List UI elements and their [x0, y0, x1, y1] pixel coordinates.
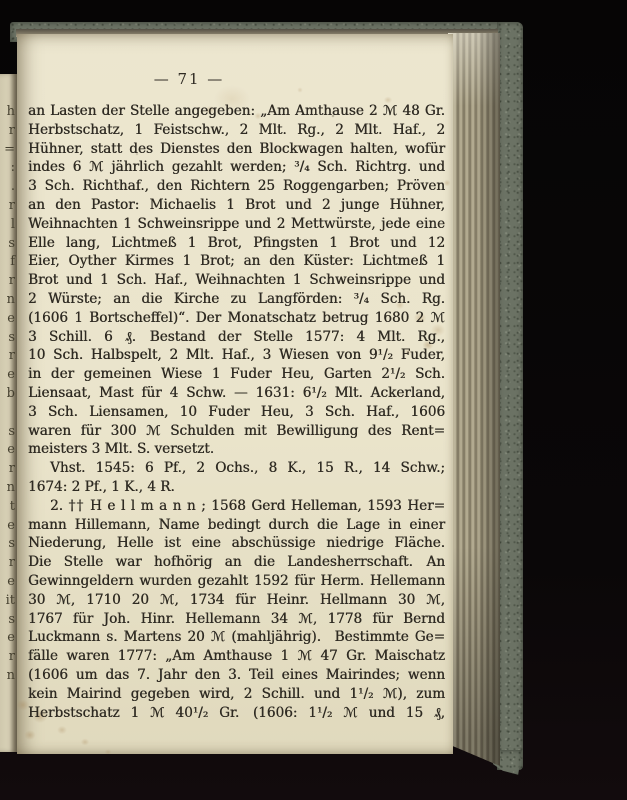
text-line: 3 Sch. Liensamen, 10 Fuder Heu, 3 Sch. H… — [28, 403, 445, 422]
text-line: fälle waren 1777: „Am Amthause 1 ℳ 47 Gr… — [28, 647, 445, 666]
sliver-fragment: : — [0, 159, 15, 178]
text-line: waren für 300 ℳ Schulden mit Bewilligung… — [28, 422, 445, 441]
sliver-fragment: . — [0, 178, 15, 197]
text-line: (1606 1 Bortscheffel)“. Der Monatschatz … — [28, 309, 445, 328]
text-line: Weihnachten 1 Schweinsrippe und 2 Mettwü… — [28, 215, 445, 234]
sliver-fragment: n — [0, 479, 15, 498]
sliver-fragment: e — [0, 310, 15, 329]
page-number: — 71 — — [17, 70, 453, 88]
sliver-fragment: r — [0, 648, 15, 667]
text-line: an Lasten der Stelle angegeben: „Am Amth… — [28, 102, 445, 121]
text-line: kein Mairind gegeben wird, 2 Schill. und… — [28, 685, 445, 704]
text-line: Herbstschatz 1 ℳ 40¹/₂ Gr. (1606: 1¹/₂ ℳ… — [28, 704, 445, 723]
sliver-fragment: h — [0, 103, 15, 122]
sliver-fragment: s — [0, 329, 15, 348]
text-line: mann Hillemann, Name bedingt durch die L… — [28, 516, 445, 535]
sliver-fragment: n — [0, 291, 15, 310]
facing-page-text-fragments: hr=:.rlsfrnesreb serntesreitsern — [0, 74, 17, 723]
sliver-fragment: r — [0, 122, 15, 141]
text-line: Luckmann s. Martens 20 ℳ (mahljährig). B… — [28, 628, 445, 647]
sliver-fragment: b — [0, 385, 15, 404]
book-photo: hr=:.rlsfrnesreb serntesreitsern — 71 — … — [0, 0, 627, 800]
page-stack-fore-edge — [448, 33, 500, 766]
sliver-fragment: e — [0, 441, 15, 460]
sliver-fragment: t — [0, 498, 15, 517]
sliver-fragment: l — [0, 216, 15, 235]
text-line: Eier, Oyther Kirmes 1 Brot; an den Küste… — [28, 252, 445, 271]
text-line: Die Stelle war hofhörig an die Landesher… — [28, 553, 445, 572]
sliver-fragment: s — [0, 611, 15, 630]
sliver-fragment: f — [0, 253, 15, 272]
sliver-fragment — [0, 686, 15, 705]
text-line: Vhst. 1545: 6 Pf., 2 Ochs., 8 K., 15 R.,… — [28, 459, 445, 478]
text-line: 1674: 2 Pf., 1 K., 4 R. — [28, 478, 445, 497]
sliver-fragment: e — [0, 366, 15, 385]
text-line: Brot und 1 Sch. Haf., Weihnachten 1 Schw… — [28, 271, 445, 290]
text-line: 10 Sch. Halbspelt, 2 Mlt. Haf., 3 Wiesen… — [28, 346, 445, 365]
text-line: 2. †† H e l l m a n n ; 1568 Gerd Hellem… — [28, 497, 445, 516]
text-line: (1606 um das 7. Jahr den 3. Teil eines M… — [28, 666, 445, 685]
sliver-fragment — [0, 404, 15, 423]
facing-page-sliver: hr=:.rlsfrnesreb serntesreitsern — [0, 74, 17, 752]
sliver-fragment: e — [0, 629, 15, 648]
sliver-fragment: s — [0, 535, 15, 554]
text-line: indes 6 ℳ jährlich gezahlt werden; ³/₄ S… — [28, 158, 445, 177]
sliver-fragment: s — [0, 235, 15, 254]
text-line: 3 Sch. Richthaf., den Richtern 25 Roggen… — [28, 177, 445, 196]
sliver-fragment: = — [0, 141, 15, 160]
text-line: 1767 für Joh. Hinr. Hellemann 34 ℳ, 1778… — [28, 610, 445, 629]
text-line: an den Pastor: Michaelis 1 Brot und 2 ju… — [28, 196, 445, 215]
sliver-fragment: n — [0, 667, 15, 686]
text-line: 3 Schill. 6 ₰. Bestand der Stelle 1577: … — [28, 328, 445, 347]
sliver-fragment: it — [0, 592, 15, 611]
text-line: Hühner, statt des Dienstes den Blockwage… — [28, 140, 445, 159]
book-page: — 71 — an Lasten der Stelle angegeben: „… — [17, 34, 453, 754]
text-line: Gewinngeldern wurden gezahlt 1592 für He… — [28, 572, 445, 591]
text-line: Elle lang, Lichtmeß 1 Brot, Pfingsten 1 … — [28, 234, 445, 253]
text-line: in der gemeinen Wiese 1 Fuder Heu, Garte… — [28, 365, 445, 384]
text-line: Niederung, Helle ist eine abschüssige ni… — [28, 534, 445, 553]
sliver-fragment: r — [0, 197, 15, 216]
sliver-fragment: r — [0, 460, 15, 479]
sliver-fragment: e — [0, 517, 15, 536]
book-cover-right-edge — [497, 22, 523, 770]
sliver-fragment: r — [0, 272, 15, 291]
sliver-fragment — [0, 705, 15, 724]
text-line: 2 Würste; an die Kirche zu Langförden: ³… — [28, 290, 445, 309]
text-line: 30 ℳ, 1710 20 ℳ, 1734 für Heinr. Hellman… — [28, 591, 445, 610]
text-line: Liensaat, Mast für 4 Schw. — 1631: 6¹/₂ … — [28, 384, 445, 403]
text-line: meisters 3 Mlt. S. versetzt. — [28, 440, 445, 459]
text-line: Herbstschatz, 1 Feistschw., 2 Mlt. Rg., … — [28, 121, 445, 140]
sliver-fragment: r — [0, 347, 15, 366]
sliver-fragment: s — [0, 423, 15, 442]
page-text: an Lasten der Stelle angegeben: „Am Amth… — [17, 102, 453, 722]
sliver-fragment: r — [0, 554, 15, 573]
sliver-fragment: e — [0, 573, 15, 592]
